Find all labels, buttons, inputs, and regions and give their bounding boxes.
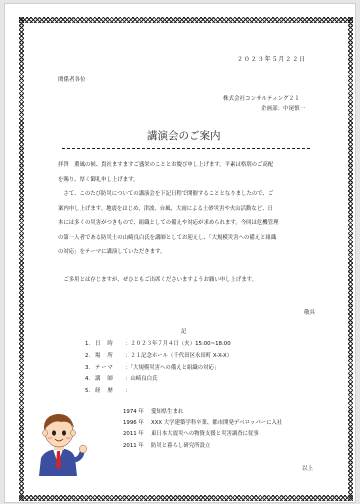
- career-year: 1996 年: [123, 418, 151, 429]
- item-value: ：山崎良白氏: [125, 374, 157, 386]
- sender-company: 株式会社コンサルティング２１: [223, 96, 300, 103]
- paragraph-greeting: 拝啓 薫風の候、貴社ますますご盛栄のこととお慶び申し上げます。平素は格別のご高配…: [58, 158, 322, 187]
- details-item-date: 1. 日 時 ：２０２３年７月４日（火）15:00~18:00: [85, 339, 232, 351]
- career-text: 愛知県生まれ: [151, 407, 183, 418]
- item-number: 1.: [85, 339, 95, 351]
- decorative-border-left: [19, 17, 24, 501]
- title-underline: [62, 148, 310, 149]
- document-title: 講演会のご案内: [147, 130, 221, 143]
- details-item-speaker: 4. 講 師 ：山崎良白氏: [85, 374, 232, 386]
- career-row: 2011 年 防災と暮らし研究所設立: [123, 441, 282, 452]
- career-row: 1974 年 愛知県生まれ: [123, 407, 282, 418]
- career-year: 2011 年: [123, 441, 151, 452]
- career-row: 2011 年 東日本大震災への物資支援と災害調査に従事: [123, 429, 282, 440]
- paragraph-line: 案内申し上げます。地震をはじめ、津波、台風、大雨による土砂災害や火山活動など、日: [58, 202, 322, 217]
- details-item-theme: 3. テーマ ：「大規模災害への備えと組織の対応」: [85, 363, 232, 375]
- career-text: XXX 大学建築学科卒業、都市開発デベロッパーに入社: [151, 418, 282, 429]
- paragraph-line: さて、このたび防災についての講演会を下記日程で開催することとなりましたので、ご: [58, 187, 322, 202]
- paragraph-line: 本には多くの災害がつきもので、組織としての備えや対応が求められます。今回は危機管…: [58, 216, 322, 231]
- details-item-venue: 2. 場 所 ：２１記念ホール（千代田区永田町 X-X-X）: [85, 351, 232, 363]
- ki-heading: 記: [181, 329, 187, 336]
- addressee: 関係者各位: [58, 77, 86, 84]
- career-list: 1974 年 愛知県生まれ 1996 年 XXX 大学建築学科卒業、都市開発デベ…: [123, 407, 282, 452]
- item-number: 5.: [85, 386, 95, 398]
- details-item-career: 5. 経 歴 ：: [85, 386, 232, 398]
- item-label: 講 師: [95, 374, 125, 386]
- sender-planner: 企画部：中尾慎一: [261, 106, 305, 113]
- item-value: ：２０２３年７月４日（火）15:00~18:00: [125, 339, 231, 351]
- decorative-border-top: [19, 17, 353, 23]
- career-year: 1974 年: [123, 407, 151, 418]
- decorative-border-right: [348, 17, 353, 501]
- career-text: 防災と暮らし研究所設立: [151, 441, 210, 452]
- item-value: ：「大規模災害への備えと組織の対応」: [125, 363, 219, 375]
- paragraph-line: を賜り、厚く御礼申し上げます。: [58, 173, 322, 188]
- item-label: テーマ: [95, 363, 125, 375]
- career-year: 2011 年: [123, 429, 151, 440]
- item-label: 経 歴: [95, 386, 125, 398]
- item-number: 2.: [85, 351, 95, 363]
- career-row: 1996 年 XXX 大学建築学科卒業、都市開発デベロッパーに入社: [123, 418, 282, 429]
- paragraph-body: さて、このたび防災についての講演会を下記日程で開催することとなりましたので、ご …: [58, 187, 322, 260]
- decorative-border-bottom: [19, 495, 353, 501]
- document-page: ２０２３年５月２２日 関係者各位 株式会社コンサルティング２１ 企画部：中尾慎一…: [4, 3, 356, 503]
- letter-date: ２０２３年５月２２日: [237, 56, 306, 63]
- item-number: 3.: [85, 363, 95, 375]
- item-value: ：: [125, 386, 130, 398]
- paragraph-line: の対応」をテーマに講演していただきます。: [58, 245, 322, 260]
- item-value: ：２１記念ホール（千代田区永田町 X-X-X）: [125, 351, 232, 363]
- closing-keigu: 敬具: [304, 310, 315, 317]
- end-ijou: 以上: [302, 466, 313, 473]
- details-list: 1. 日 時 ：２０２３年７月４日（火）15:00~18:00 2. 場 所 ：…: [85, 339, 232, 398]
- paragraph-request: ご多用とは存じますが、ぜひともご出席くださいますようお願い申し上げます。: [58, 273, 322, 288]
- item-label: 場 所: [95, 351, 125, 363]
- paragraph-line: の第一人者である防災士の山崎良白氏を講師としてお迎えし、「大規模災害への備えと組…: [58, 231, 322, 246]
- item-number: 4.: [85, 374, 95, 386]
- paragraph-line: 拝啓 薫風の候、貴社ますますご盛栄のこととお慶び申し上げます。平素は格別のご高配: [58, 158, 322, 173]
- career-text: 東日本大震災への物資支援と災害調査に従事: [151, 429, 259, 440]
- item-label: 日 時: [95, 339, 125, 351]
- paragraph-line: ご多用とは存じますが、ぜひともご出席くださいますようお願い申し上げます。: [58, 273, 322, 288]
- businessman-waving-icon: [35, 408, 87, 476]
